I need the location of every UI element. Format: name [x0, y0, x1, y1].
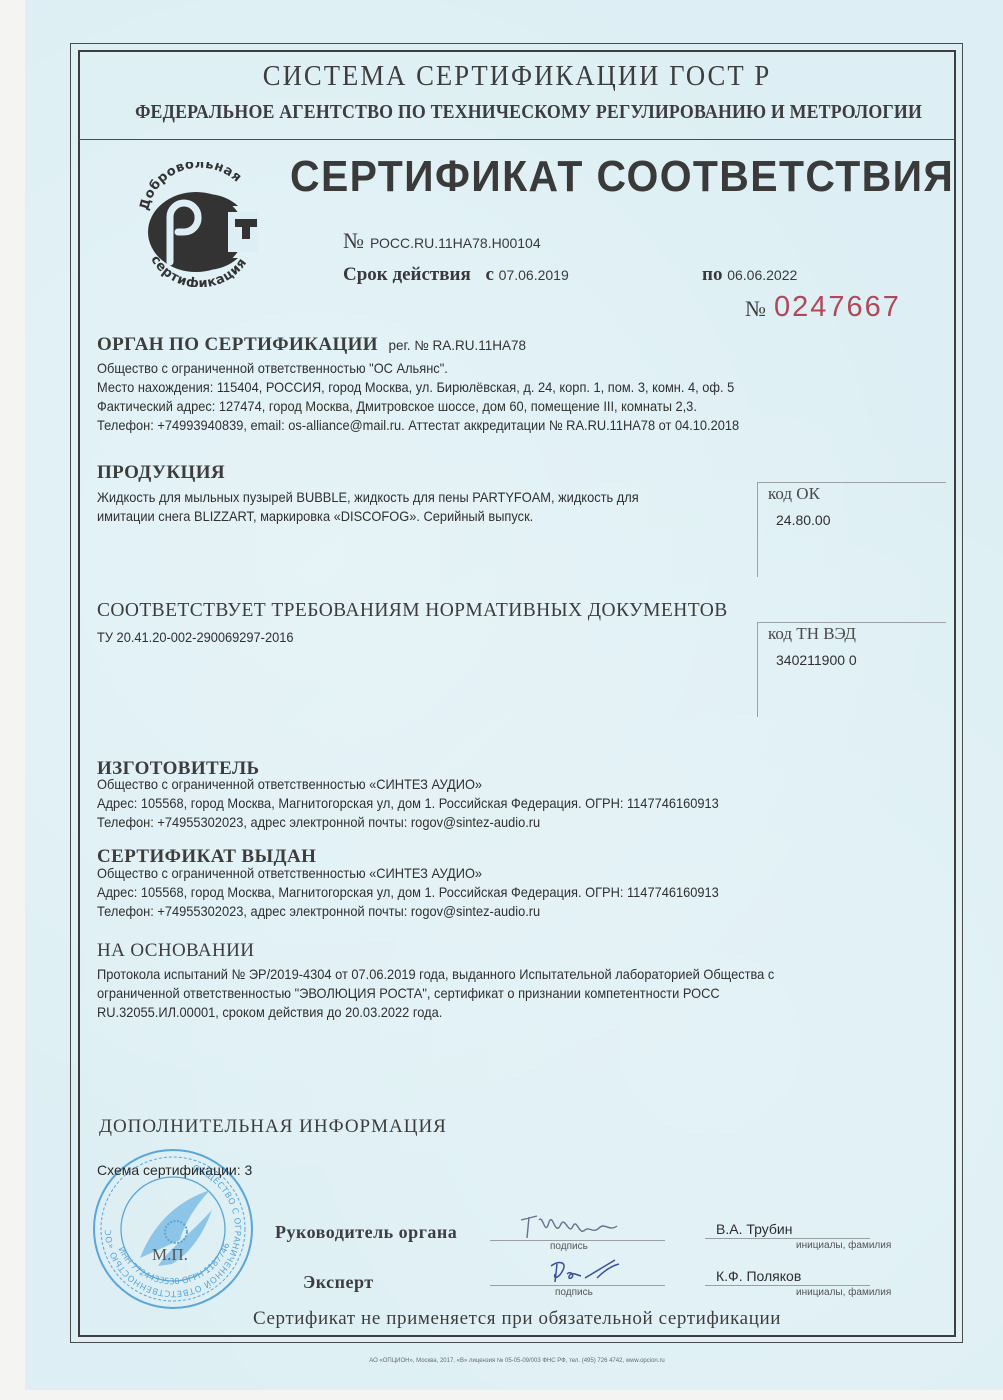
- valid-from-date: 07.06.2019: [499, 267, 569, 283]
- ok-code-label: код ОК: [768, 484, 820, 504]
- basis-line: ограниченной ответственностью "ЭВОЛЮЦИЯ …: [97, 984, 774, 1003]
- header-divider: [78, 139, 956, 140]
- tnved-code-box: код ТН ВЭД 340211900 0: [757, 622, 946, 717]
- basis-line: RU.32055.ИЛ.00001, сроком действия до 20…: [97, 1003, 774, 1022]
- ok-code-value: 24.80.00: [776, 512, 831, 528]
- certification-body-location: Место нахождения: 115404, РОССИЯ, город …: [97, 378, 739, 397]
- serial-number: 0247667: [774, 291, 901, 323]
- certification-scheme: Схема сертификации: 3: [97, 1162, 252, 1178]
- tnved-code-value: 340211900 0: [776, 652, 857, 668]
- issued-to-contacts: Телефон: +74955302023, адрес электронной…: [97, 902, 719, 921]
- certification-body-reg-number: рег. № RA.RU.11НА78: [388, 338, 526, 353]
- additional-info-heading: ДОПОЛНИТЕЛЬНАЯ ИНФОРМАЦИЯ: [99, 1116, 447, 1138]
- basis-heading: НА ОСНОВАНИИ: [97, 940, 254, 962]
- issued-to-name: Общество с ограниченной ответственностью…: [97, 864, 719, 883]
- compliance-heading: СООТВЕТСТВУЕТ ТРЕБОВАНИЯМ НОРМАТИВНЫХ ДО…: [97, 600, 728, 622]
- certification-body-heading-row: ОРГАН ПО СЕРТИФИКАЦИИ рег. № RA.RU.11НА7…: [97, 334, 526, 356]
- validity-label: Срок действия: [343, 264, 471, 285]
- system-title: СИСТЕМА СЕРТИФИКАЦИИ ГОСТ Р: [113, 60, 921, 93]
- footer-note: Сертификат не применяется при обязательн…: [78, 1308, 956, 1330]
- expert-signature-line: [490, 1285, 665, 1286]
- printer-info: АО «ОПЦИОН», Москва, 2017, «В» лицензия …: [78, 1358, 956, 1364]
- basis-details: Протокола испытаний № ЭР/2019-4304 от 07…: [97, 965, 774, 1022]
- registration-number: РОСС.RU.11НА78.Н00104: [370, 235, 541, 251]
- certification-body-details: Общество с ограниченной ответственностью…: [97, 359, 739, 435]
- tnved-code-label: код ТН ВЭД: [768, 624, 856, 644]
- expert-signature-caption: подпись: [555, 1287, 593, 1298]
- validity-from-row: Срок действия с 07.06.2019: [343, 264, 569, 286]
- validity-to-row: по 06.06.2022: [702, 264, 797, 286]
- manufacturer-address: Адрес: 105568, город Москва, Магнитогорс…: [97, 794, 719, 813]
- compliance-document: ТУ 20.41.20-002-290069297-2016: [97, 628, 294, 647]
- certification-body-actual-address: Фактический адрес: 127474, город Москва,…: [97, 397, 739, 416]
- manufacturer-details: Общество с ограниченной ответственностью…: [97, 775, 719, 832]
- issued-to-address: Адрес: 105568, город Москва, Магнитогорс…: [97, 883, 719, 902]
- manufacturer-name: Общество с ограниченной ответственностью…: [97, 775, 719, 794]
- seal-place-label: М.П.: [152, 1245, 188, 1265]
- certificate-title: СЕРТИФИКАТ СООТВЕТСТВИЯ: [290, 152, 954, 202]
- expert-name-caption: инициалы, фамилия: [796, 1287, 891, 1298]
- products-line: имитации снега BLIZZART, маркировка «DIS…: [97, 507, 639, 526]
- head-name-caption: инициалы, фамилия: [796, 1240, 891, 1251]
- products-description: Жидкость для мыльных пузырей BUBBLE, жид…: [97, 488, 639, 526]
- expert-name: К.Ф. Поляков: [716, 1268, 801, 1284]
- expert-label: Эксперт: [303, 1272, 374, 1293]
- head-signature-caption: подпись: [550, 1241, 588, 1252]
- to-label: по: [702, 264, 722, 285]
- head-name: В.А. Трубин: [716, 1221, 792, 1237]
- certification-body-contacts: Телефон: +74993940839, email: os-allianc…: [97, 416, 739, 435]
- number-sign: №: [745, 296, 766, 321]
- serial-number-row: №0247667: [745, 291, 901, 324]
- products-line: Жидкость для мыльных пузырей BUBBLE, жид…: [97, 488, 639, 507]
- ok-code-box: код ОК 24.80.00: [757, 482, 946, 577]
- number-sign: №: [343, 228, 364, 253]
- from-label: с: [485, 264, 493, 285]
- head-name-line: [705, 1238, 870, 1239]
- agency-name: ФЕДЕРАЛЬНОЕ АГЕНТСТВО ПО ТЕХНИЧЕСКОМУ РЕ…: [135, 101, 899, 124]
- basis-line: Протокола испытаний № ЭР/2019-4304 от 07…: [97, 965, 774, 984]
- expert-name-line: [705, 1285, 870, 1286]
- head-of-body-label: Руководитель органа: [275, 1222, 457, 1243]
- rst-logo-icon: Добровольная сертификация: [130, 162, 265, 287]
- products-heading: ПРОДУКЦИЯ: [97, 462, 225, 484]
- issued-to-details: Общество с ограниченной ответственностью…: [97, 864, 719, 921]
- certification-body-heading: ОРГАН ПО СЕРТИФИКАЦИИ: [97, 334, 378, 355]
- manufacturer-contacts: Телефон: +74955302023, адрес электронной…: [97, 813, 719, 832]
- registration-number-row: №РОСС.RU.11НА78.Н00104: [343, 228, 541, 254]
- valid-to-date: 06.06.2022: [727, 267, 797, 283]
- certification-body-name: Общество с ограниченной ответственностью…: [97, 359, 739, 378]
